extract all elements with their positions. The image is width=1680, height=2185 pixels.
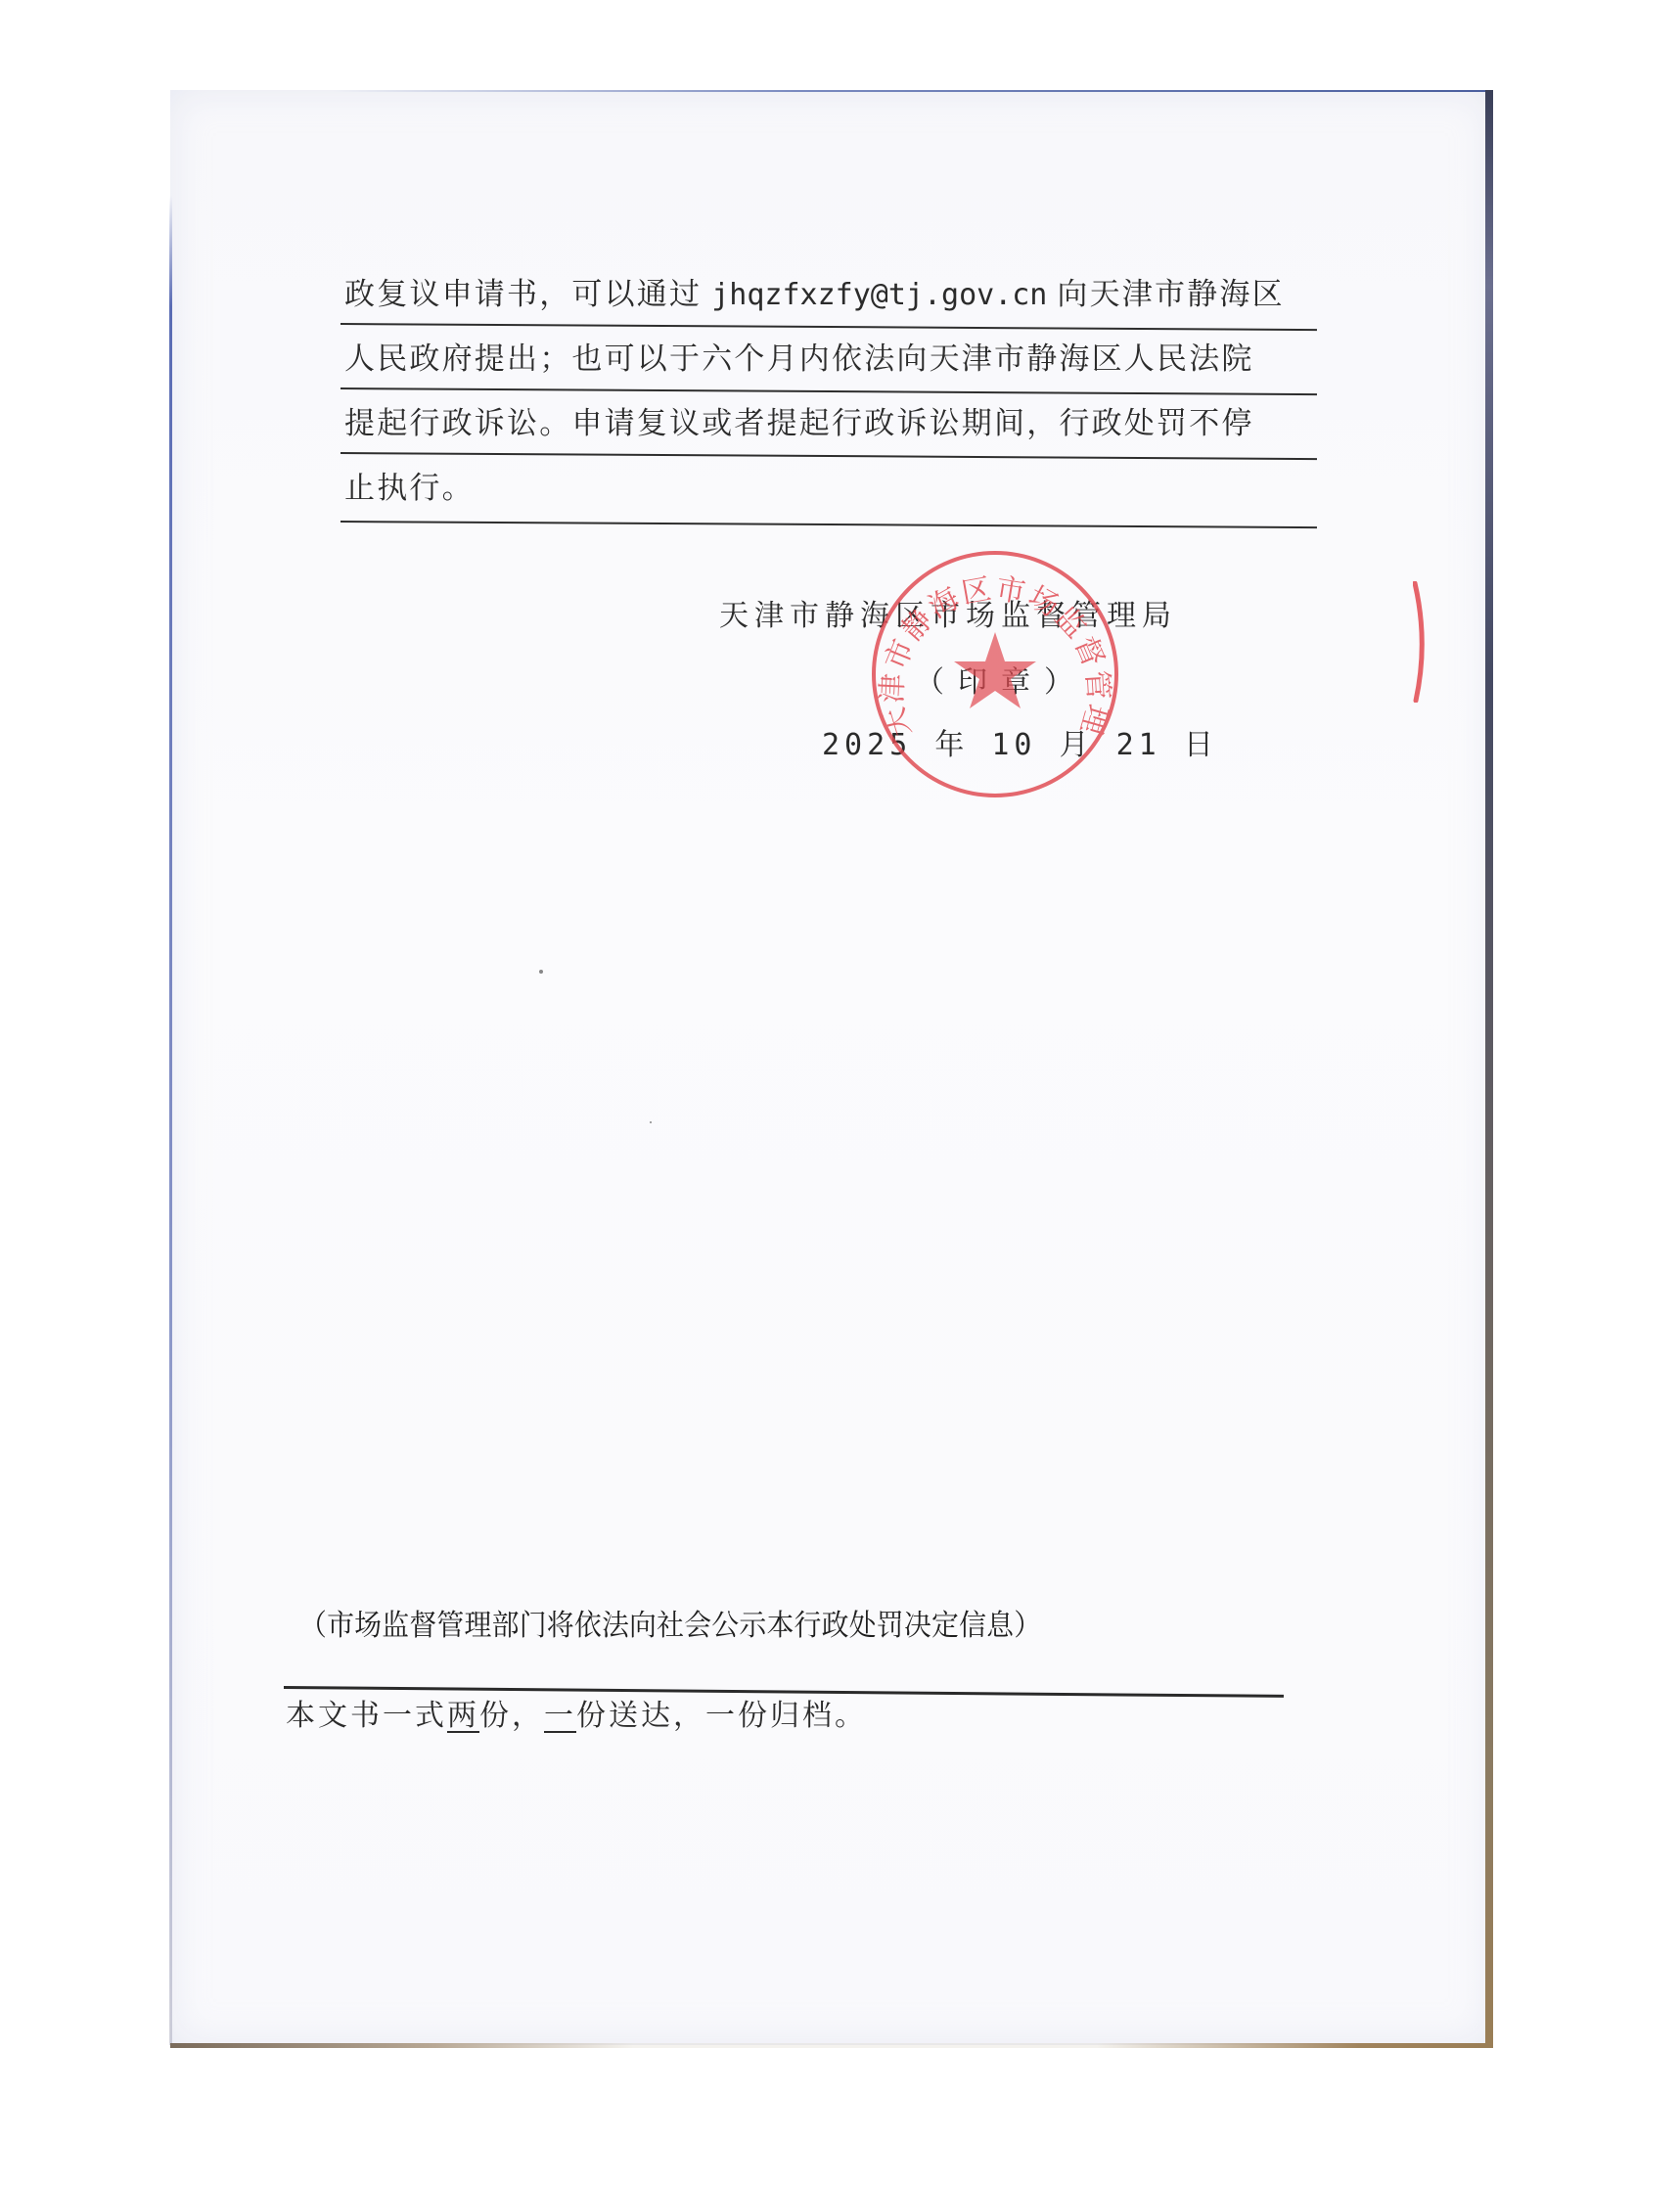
adjacent-seal-edge-mark bbox=[1413, 581, 1429, 703]
copies-text: 份送达，一份归档。 bbox=[576, 1699, 867, 1733]
paragraph-text: 提起行政诉讼。申请复议或者提起行政诉讼期间，行政处罚不停 bbox=[344, 406, 1254, 441]
paragraph-text: 人民政府提出；也可以于六个月内依法向天津市静海区人民法院 bbox=[344, 341, 1254, 377]
copies-total: 两 bbox=[447, 1699, 479, 1733]
page-edge-right bbox=[1485, 90, 1493, 2047]
page-edge-top bbox=[333, 90, 1492, 92]
page-edge-left bbox=[169, 196, 172, 2045]
paragraph-text: 政复议申请书，可以通过 bbox=[344, 277, 702, 312]
date-month: 10 bbox=[991, 728, 1036, 762]
public-disclosure-notice: （市场监督管理部门将依法向社会公示本行政处罚决定信息） bbox=[299, 1601, 1041, 1644]
date-year: 2025 bbox=[822, 728, 912, 762]
issuing-organization: 天津市静海区市场监督管理局 bbox=[719, 591, 1177, 634]
appeal-rights-paragraph: 政复议申请书，可以通过jhqzfxzfy@tj.gov.cn向天津市静海区 人民… bbox=[344, 270, 1313, 528]
paper-speck bbox=[539, 970, 543, 974]
paragraph-text: 向天津市静海区 bbox=[1057, 277, 1284, 312]
copies-served: 一 bbox=[544, 1699, 576, 1733]
copies-text: 份， bbox=[479, 1699, 544, 1733]
date-month-suffix: 月 bbox=[1060, 728, 1094, 762]
date-year-suffix: 年 bbox=[934, 728, 969, 762]
paragraph-text: 止执行。 bbox=[344, 471, 475, 506]
copies-statement: 本文书一式两份，一份送达，一份归档。 bbox=[286, 1691, 867, 1734]
paragraph-line: 人民政府提出；也可以于六个月内依法向天津市静海区人民法院 bbox=[344, 335, 1313, 399]
page-edge-bottom bbox=[170, 2043, 1493, 2048]
issue-date: 2025 年 10 月 21 日 bbox=[822, 720, 1218, 763]
paragraph-line: 提起行政诉讼。申请复议或者提起行政诉讼期间，行政处罚不停 bbox=[344, 399, 1313, 464]
paragraph-line: 止执行。 bbox=[344, 464, 1313, 528]
copies-text: 本文书一式 bbox=[286, 1699, 447, 1733]
date-day-suffix: 日 bbox=[1184, 728, 1218, 762]
seal-label: （印章） bbox=[915, 658, 1087, 701]
paragraph-line: 政复议申请书，可以通过jhqzfxzfy@tj.gov.cn向天津市静海区 bbox=[344, 270, 1313, 335]
review-email: jhqzfxzfy@tj.gov.cn bbox=[702, 278, 1057, 312]
paper-speck bbox=[650, 1121, 652, 1123]
date-day: 21 bbox=[1116, 728, 1161, 762]
